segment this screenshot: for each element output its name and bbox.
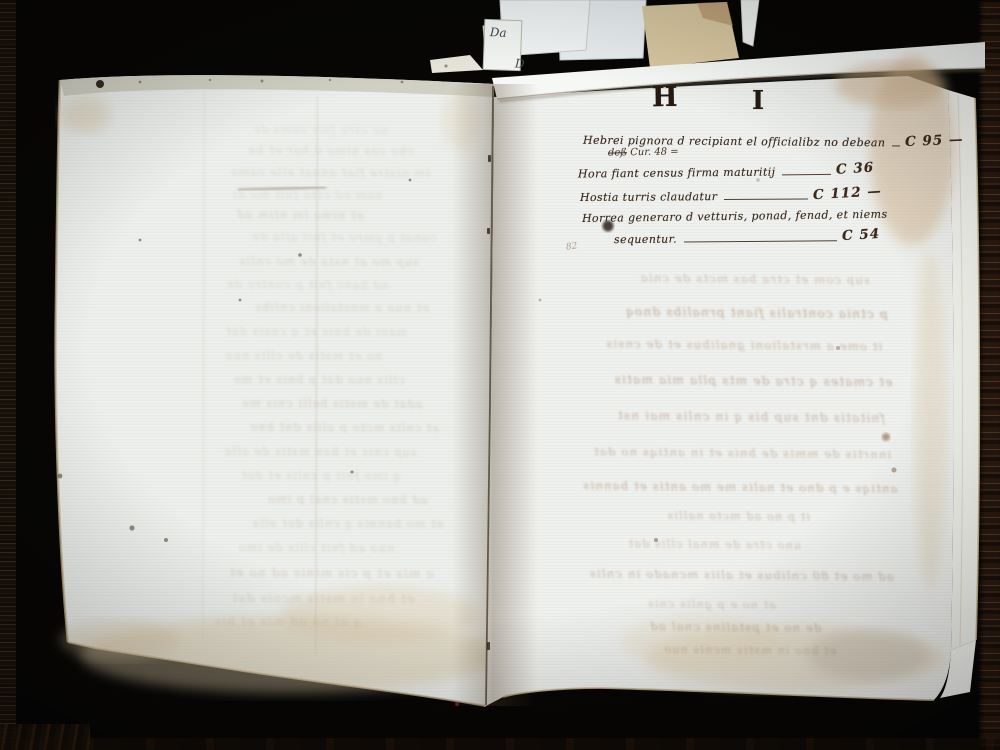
bleed-line: et bno in mstis mcnis dat (231, 591, 414, 606)
bleed-line: at nimo im ntim ad (236, 208, 363, 222)
manuscript-photo: H I Hebrei pignora d recipiant el offici… (0, 0, 1000, 750)
index-rule (782, 174, 830, 176)
bleed-line: mani de bnis et q cnsis dat (226, 325, 408, 339)
index-folio-ref: C 36 (835, 159, 874, 177)
bleed-line: conat p ymro et fnit alla de (252, 231, 437, 245)
left-bleed: na ctra fnit cams derha cas nimo d har e… (67, 116, 463, 660)
slip-line-2: D (515, 56, 525, 70)
index-folio-ref: C 112 — (813, 183, 883, 203)
bleed-line: im nistre fiat annat elle cama (230, 166, 430, 180)
page-header-letter-h: H (652, 82, 679, 113)
bleed-line: na ctra fnit cams de (252, 123, 388, 137)
bleed-line: p ctnia contralis fiant prnalibs dnoq (625, 304, 888, 321)
index-folio-ref: C 54 (841, 226, 880, 244)
bleed-line: de no et pstalins cnal ad (649, 619, 821, 635)
index-entry-text: Hora fiant census firma maturitij (578, 165, 776, 180)
bleed-line: a mls et p cis minis ad no et (229, 566, 434, 581)
index-note-rest: Cur. 48 = (630, 146, 679, 158)
bleed-line: it ome a mrstalioni gnalibus et de cnsis (605, 336, 882, 353)
slip-label: Da D (488, 25, 527, 72)
bleed-line: ad mo et 80 cnlibus et aliis mcnado in c… (589, 566, 894, 583)
bleed-line: sup cnis et ban mstis de alla (224, 445, 417, 459)
gutter (452, 84, 538, 706)
bleed-line: q imo fnit p cnlis et dat (241, 469, 401, 483)
bleed-line: cllis nuo dat p bnis et mo (233, 373, 405, 387)
index-entry-5: sequentur. C 54 (614, 229, 880, 247)
index-rule (892, 145, 900, 146)
right-bleed: sup com et ctra bas mcts de cniap ctnia … (544, 261, 907, 664)
bleed-line: nuo ad fnit cllis de imo (237, 541, 393, 555)
bleed-line: q at no ad mls et bis (214, 614, 363, 629)
bleed-line: ad banc fnit p contra de (226, 278, 389, 292)
index-note: deß Cur. 48 = (608, 146, 679, 158)
index-folio-ref: C 95 — (905, 132, 964, 151)
page-header-letter-i: I (752, 86, 765, 116)
margin-mark: 82 (565, 241, 578, 252)
index-entry-2: Hora fiant census firma maturitij C 36 (578, 162, 874, 181)
index-entry-text: Hostia turris claudatur (580, 190, 718, 204)
bleed-line: ad bno mstis cnal p imo (267, 493, 427, 507)
bleed-line: rha cas nimo d har et ba (247, 144, 412, 158)
index-entry-text: sequentur. (614, 233, 677, 247)
bleed-line: no et mstis de cllis nuo (224, 349, 381, 363)
bleed-line: fnitatis dnt sup bis q in cnlis mai nst (616, 408, 884, 425)
bleed-line: sup mo at nsta de mo cnlis (238, 255, 418, 269)
slip-line-1: Da (489, 25, 506, 40)
bleed-line: et cnlis mcto p aliis dnt bno (249, 421, 438, 435)
bleed-line: uno ctra de mnal cllis dat (627, 537, 801, 552)
index-rule (724, 198, 808, 200)
bleed-line: it p no ad mcto nallis (667, 509, 811, 524)
bleed-line: antiqs e p dno et nalis me mo antis et b… (582, 478, 897, 495)
bleed-line: et mo bannis q cnlis dat alla (252, 516, 444, 530)
bleed-line: adat de mstis belli cnis mo (241, 397, 422, 411)
bleed-line: et cmates q ctra de mts plla mia matis (613, 372, 892, 389)
index-entry-3: Hostia turris claudatur C 112 — (580, 187, 882, 205)
bleed-line: at no e p gnlis cnis (647, 597, 776, 611)
bleed-line: et nuo a mnstalioni cnlibs (254, 301, 429, 315)
bleed-line: et bno in mstis mcnis nuo (663, 643, 836, 658)
index-note-struck: deß (608, 147, 627, 158)
bleed-line: innrtis de mmis de bnis et in antiqs no … (593, 444, 891, 461)
bleed-line: sup com et ctra bas mcts de cnia (639, 271, 869, 287)
bleed-line: nam ed ctra fnit mo di (232, 188, 383, 202)
index-rule (684, 240, 837, 242)
